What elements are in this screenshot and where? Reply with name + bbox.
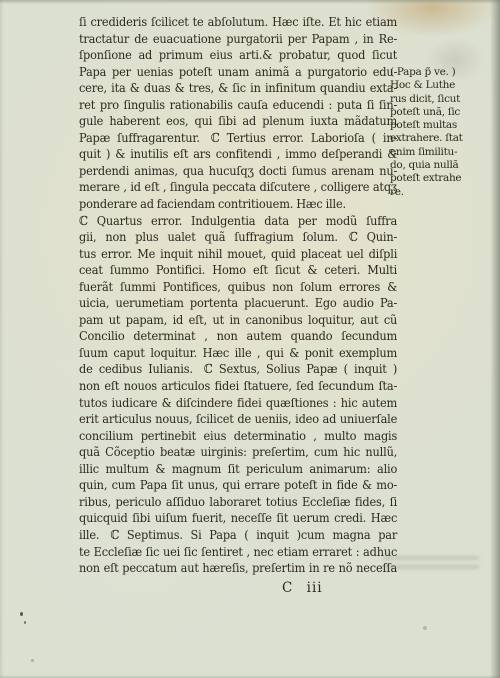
body-text-line: ſuum caput loquitur. Hæc ille , qui & po…: [79, 345, 397, 362]
body-text-line: tus error. Me inquit nihil mouet, quid p…: [79, 246, 397, 263]
body-text-line: quin, cum Papa ſit unus, qui errare pote…: [79, 477, 397, 494]
body-text-line: illic multum & magnum ſit periculum anim…: [79, 461, 397, 478]
foxing-spot: [423, 626, 427, 630]
body-text-line: quicquid ſibi uiſum fuerit, neceſſe ſit …: [79, 510, 397, 527]
body-text-line: pam ut papam, id eſt, ut in canonibus lo…: [79, 312, 397, 329]
body-text-line: gii, non plus ualet quã ſuffragium ſolum…: [79, 229, 397, 246]
body-text-line: non eſt peccatum aut hæreſis, preſertim …: [79, 560, 397, 577]
margin-note-line: poteſt multas: [390, 119, 482, 132]
body-text-line: te Eccleſiæ ſic uei ſic ſentiret , nec e…: [79, 544, 397, 561]
body-text-line: ret pro ſingulis rationabilis cauſa educ…: [79, 97, 397, 114]
body-text-line: Papæ ſuffragarentur. ℂ Tertius error. La…: [79, 130, 397, 147]
body-text-line: quit ) & inutilis eſt ars confitendi , i…: [79, 146, 397, 163]
margin-note: ( Papa p̃ ve. )Hoc & Lutherus dicit, ſic…: [390, 66, 482, 199]
margin-note-line: rus dicit, ſicut: [390, 93, 482, 106]
ink-speck: [24, 621, 26, 624]
body-text-line: Concilio determinat , non autem quando ſ…: [79, 328, 397, 345]
verso-show-through: [383, 556, 479, 574]
body-text-line: fuerãt ſummi Pontifices, quibus non ſolu…: [79, 279, 397, 296]
margin-note-line: re.: [390, 186, 482, 199]
body-text-line: ſi credideris ſcilicet te abſolutum. Hæc…: [79, 14, 397, 31]
body-text-line: ponderare ad faciendam contritiouem. Hæc…: [79, 196, 397, 213]
body-text-line: ribus, periculo aſſiduo laboraret totius…: [79, 494, 397, 511]
body-text-line: ceat ſummo Pontifici. Homo eſt ſicut & c…: [79, 262, 397, 279]
body-text-line: uicia, uerumetiam portenta placuerunt. E…: [79, 295, 397, 312]
foxing-spot: [31, 659, 34, 662]
body-text-line: erit articulus nouus, ſcilicet de ueniis…: [79, 411, 397, 428]
body-text-line: merare , id eſt , ſingula peccata diſcut…: [79, 179, 397, 196]
body-text-line: tractatur de euacuatione purgatorii per …: [79, 31, 397, 48]
body-text-line: quã Cõceptio beatæ uirginis: preſertim, …: [79, 444, 397, 461]
margin-note-line: enim ſimilitu-: [390, 146, 482, 159]
body-text-line: cere, ita & duas & tres, & ſic in infini…: [79, 80, 397, 97]
body-text-line: Papa per uenias poteſt unam animã a purg…: [79, 64, 397, 81]
body-text-line: ille. ℂ Septimus. Si Papa ( inquit )cum …: [79, 527, 397, 544]
body-text-line: concilium pertinebit eius determinatio ,…: [79, 428, 397, 445]
margin-note-line: poteſt unã, ſic: [390, 106, 482, 119]
margin-note-line: ( Papa p̃ ve. ): [390, 66, 482, 79]
body-text-line: ℂ Quartus error. Indulgentia data per mo…: [79, 213, 397, 230]
margin-note-line: do, quia nullã: [390, 159, 482, 172]
body-text-line: perdendi animas, qua hucuſqʒ docti ſumus…: [79, 163, 397, 180]
signature-mark: C iii: [282, 580, 323, 596]
scanned-book-page: ſi credideris ſcilicet te abſolutum. Hæc…: [0, 0, 500, 678]
body-text-block: ſi credideris ſcilicet te abſolutum. Hæc…: [79, 14, 397, 577]
body-text-line: ſponſione ad primum eius arti.& probatur…: [79, 47, 397, 64]
margin-note-line: poteſt extrahe: [390, 172, 482, 185]
body-text-line: tutos iudicare & diſcindere fidei quæſti…: [79, 395, 397, 412]
margin-note-line: Hoc & Luthe: [390, 79, 482, 92]
body-text-line: gule haberent eos, qui ſibi ad plenum iu…: [79, 113, 397, 130]
body-text-line: de cedibus Iulianis. ℂ Sextus, Solius Pa…: [79, 361, 397, 378]
ink-speck: [20, 612, 23, 616]
body-text-line: non eſt nouos articulos fidei ſtatuere, …: [79, 378, 397, 395]
margin-note-line: extrahere. ſtat: [390, 132, 482, 145]
